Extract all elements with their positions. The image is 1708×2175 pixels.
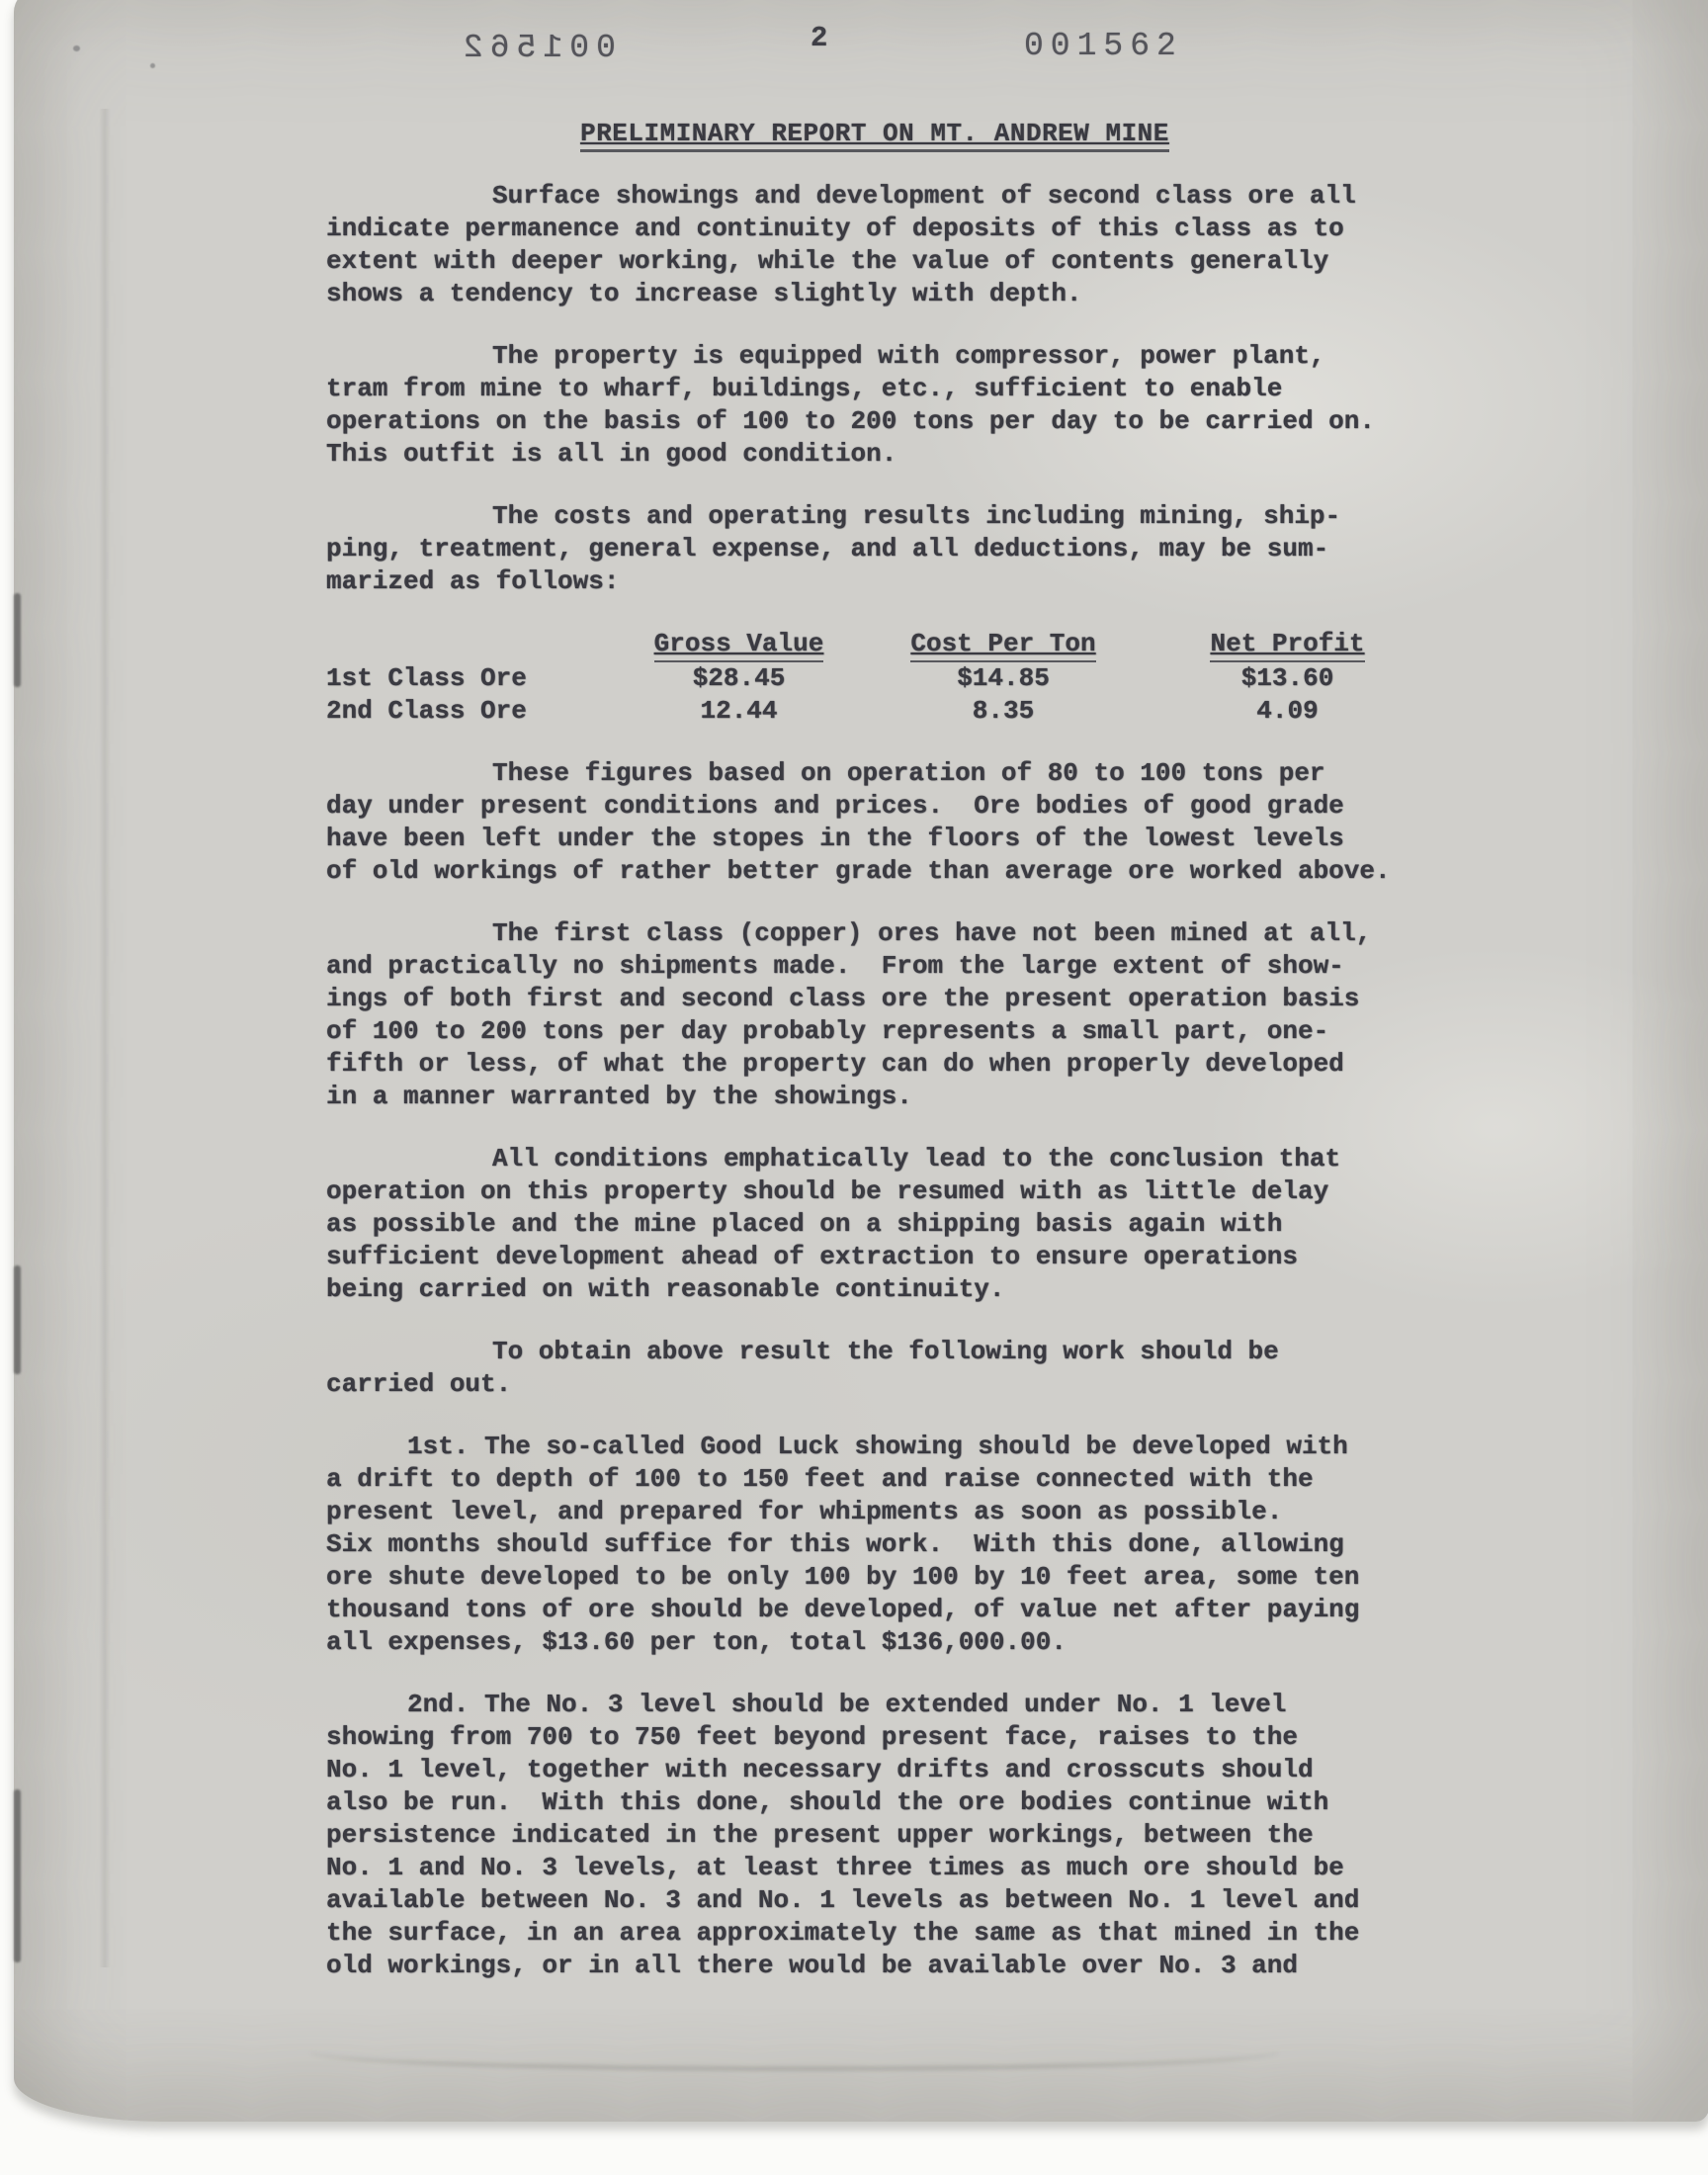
cell-net-profit: 4.09 bbox=[1152, 695, 1423, 728]
row-label: 1st Class Ore bbox=[326, 662, 623, 695]
paragraph-property-equipment: The property is equipped with compressor… bbox=[326, 340, 1423, 471]
column-header-gross-value: Gross Value bbox=[654, 628, 824, 662]
column-header-cost-per-ton: Cost Per Ton bbox=[910, 628, 1095, 662]
document-body: PRELIMINARY REPORT ON MT. ANDREW MINE Su… bbox=[14, 0, 1423, 1982]
paragraph-work-intro: To obtain above result the following wor… bbox=[326, 1336, 1423, 1401]
paragraph-1st-good-luck: 1st. The so-called Good Luck showing sho… bbox=[326, 1431, 1423, 1659]
cell-net-profit: $13.60 bbox=[1152, 662, 1423, 695]
paragraph-conclusion: All conditions emphatically lead to the … bbox=[326, 1143, 1423, 1306]
page-curl-shadow bbox=[310, 2034, 1279, 2070]
document-title: PRELIMINARY REPORT ON MT. ANDREW MINE bbox=[580, 119, 1169, 152]
cell-gross-value: 12.44 bbox=[623, 695, 855, 728]
paragraph-figures-basis: These figures based on operation of 80 t… bbox=[326, 757, 1423, 888]
paragraph-surface-showings: Surface showings and development of seco… bbox=[326, 180, 1423, 310]
row-label: 2nd Class Ore bbox=[326, 695, 623, 728]
table-row-first-class-ore: 1st Class Ore $28.45 $14.85 $13.60 bbox=[326, 662, 1423, 695]
table-header-row: Gross Value Cost Per Ton Net Profit bbox=[326, 628, 1423, 662]
cell-cost-per-ton: $14.85 bbox=[855, 662, 1152, 695]
ore-cost-table: Gross Value Cost Per Ton Net Profit 1st … bbox=[326, 628, 1423, 728]
cell-cost-per-ton: 8.35 bbox=[855, 695, 1152, 728]
table-row-second-class-ore: 2nd Class Ore 12.44 8.35 4.09 bbox=[326, 695, 1423, 728]
header-spacer bbox=[326, 628, 623, 662]
paragraph-costs-intro: The costs and operating results includin… bbox=[326, 500, 1423, 598]
cell-gross-value: $28.45 bbox=[623, 662, 855, 695]
column-header-net-profit: Net Profit bbox=[1210, 628, 1364, 662]
paragraph-first-class-ores: The first class (copper) ores have not b… bbox=[326, 917, 1423, 1113]
paragraph-2nd-no3-level: 2nd. The No. 3 level should be extended … bbox=[326, 1689, 1423, 1982]
scanned-page: 001562 2 001562 PRELIMINARY REPORT ON MT… bbox=[14, 0, 1708, 2122]
